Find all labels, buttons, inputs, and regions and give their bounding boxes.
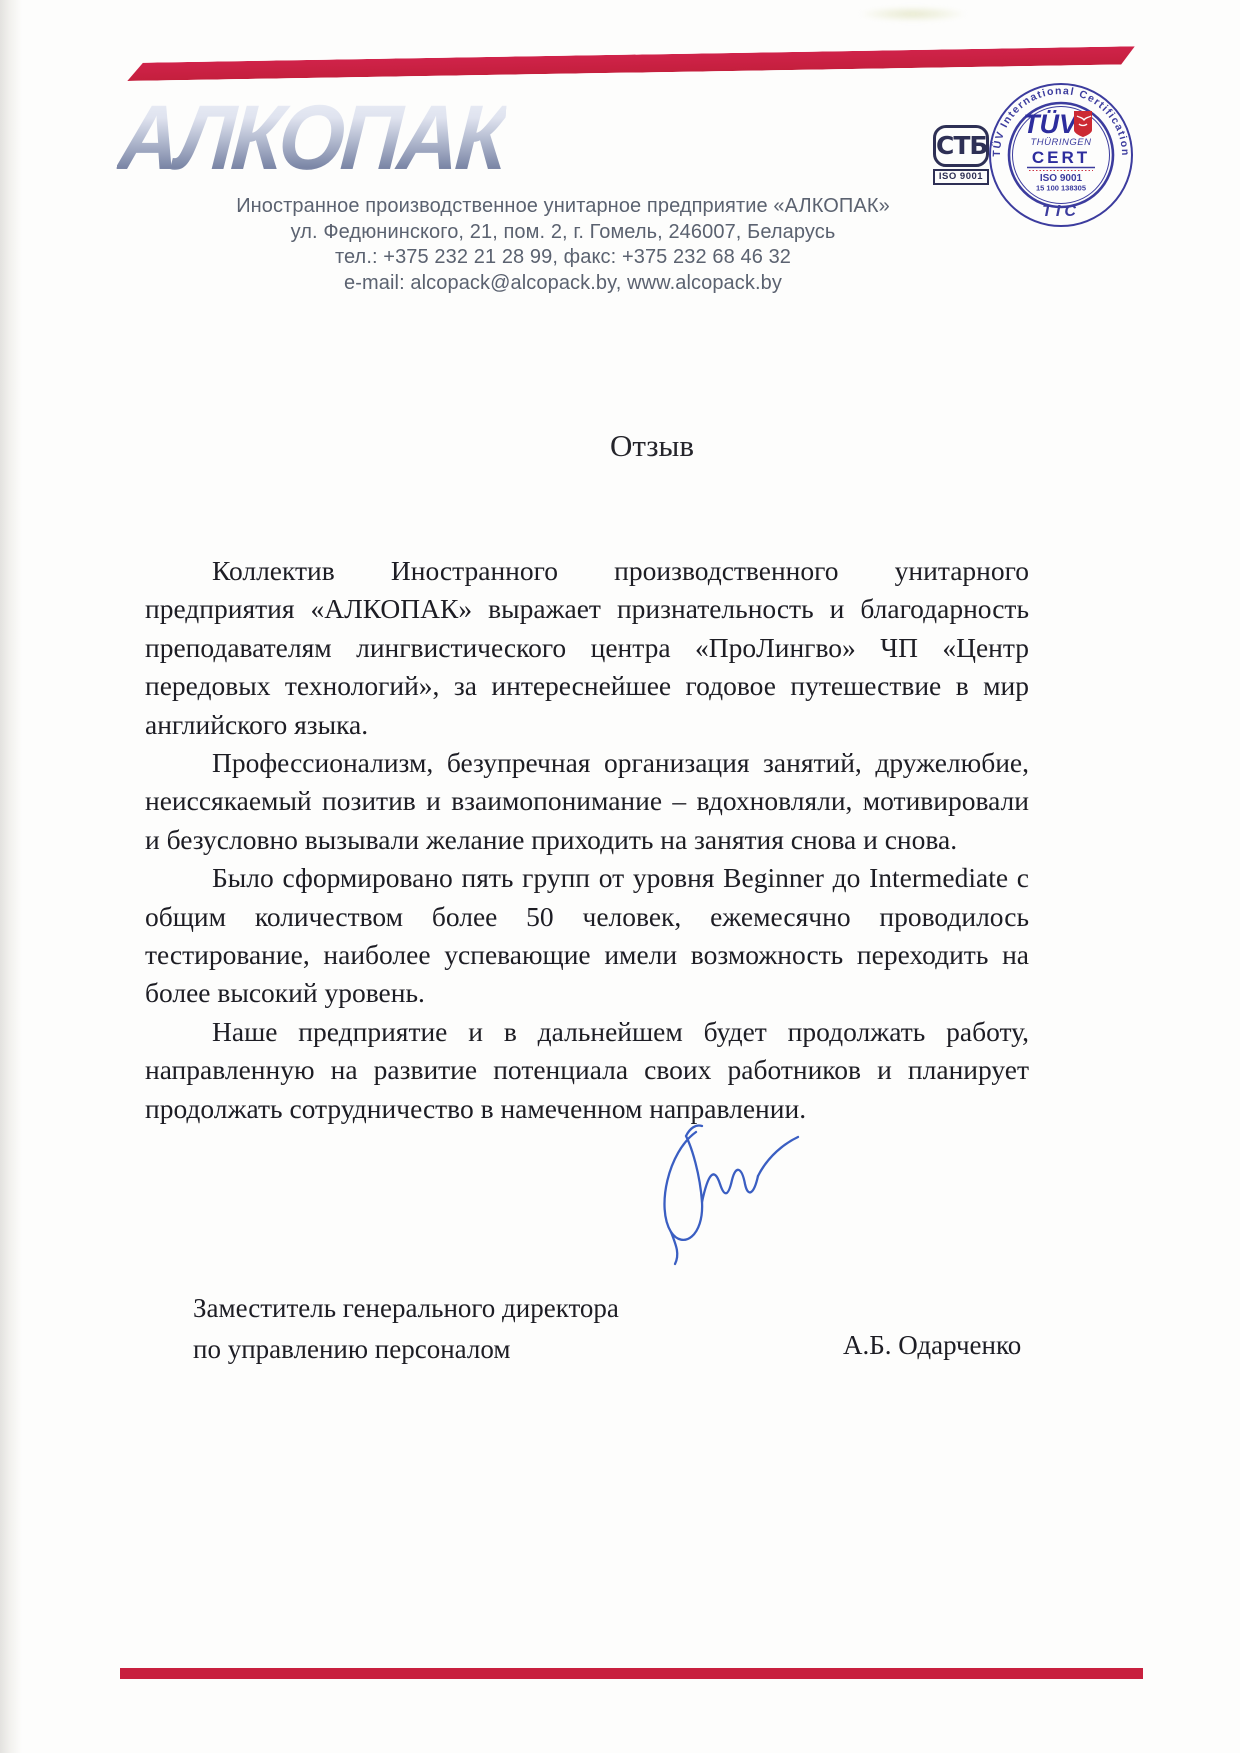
tuv-cert: CERT bbox=[1032, 148, 1090, 167]
paragraph: Коллектив Иностранного производственного… bbox=[145, 552, 1029, 744]
signatory-name: А.Б. Одарченко bbox=[843, 1330, 1021, 1361]
letter-body: Коллектив Иностранного производственного… bbox=[145, 552, 1029, 1128]
tuv-region: THÜRINGEN bbox=[1031, 137, 1092, 148]
stb-iso-caption: ISO 9001 bbox=[933, 169, 989, 185]
contact-line-phone: тел.: +375 232 21 28 99, факс: +375 232 … bbox=[0, 245, 1126, 271]
top-red-stripe bbox=[127, 46, 1135, 81]
contact-line-email: e-mail: alcopack@alcopack.by, www.alcopa… bbox=[0, 271, 1126, 297]
position-line-1: Заместитель генерального директора bbox=[193, 1288, 619, 1329]
tuv-iso: ISO 9001 bbox=[1040, 173, 1083, 184]
tuv-number: 15 100 138305 bbox=[1036, 184, 1086, 193]
scanned-letter-page: АЛКОПАК СТБ ISO 9001 TÜV International C… bbox=[0, 0, 1240, 1753]
signature-scribble bbox=[628, 1112, 813, 1267]
company-logo: АЛКОПАК bbox=[116, 92, 508, 184]
position-line-2: по управлению персоналом bbox=[193, 1329, 619, 1370]
contact-block: Иностранное производственное унитарное п… bbox=[0, 194, 1126, 296]
tuv-shield-icon bbox=[1074, 111, 1092, 137]
contact-line-company: Иностранное производственное унитарное п… bbox=[0, 194, 1126, 220]
bottom-red-bar bbox=[120, 1668, 1143, 1679]
stb-iso-badge: СТБ ISO 9001 bbox=[933, 125, 989, 185]
paragraph: Наше предприятие и в дальнейшем будет пр… bbox=[145, 1013, 1029, 1128]
paragraph: Профессионализм, безупречная организация… bbox=[145, 744, 1029, 859]
stb-monogram: СТБ bbox=[933, 125, 989, 167]
tuv-brand: TÜV bbox=[1023, 109, 1079, 139]
scan-smudge bbox=[858, 6, 968, 22]
contact-line-address: ул. Федюнинского, 21, пом. 2, г. Гомель,… bbox=[0, 220, 1126, 246]
paragraph: Было сформировано пять групп от уровня B… bbox=[145, 859, 1029, 1013]
document-title: Отзыв bbox=[32, 428, 1240, 464]
signatory-position: Заместитель генерального директора по уп… bbox=[193, 1288, 619, 1370]
